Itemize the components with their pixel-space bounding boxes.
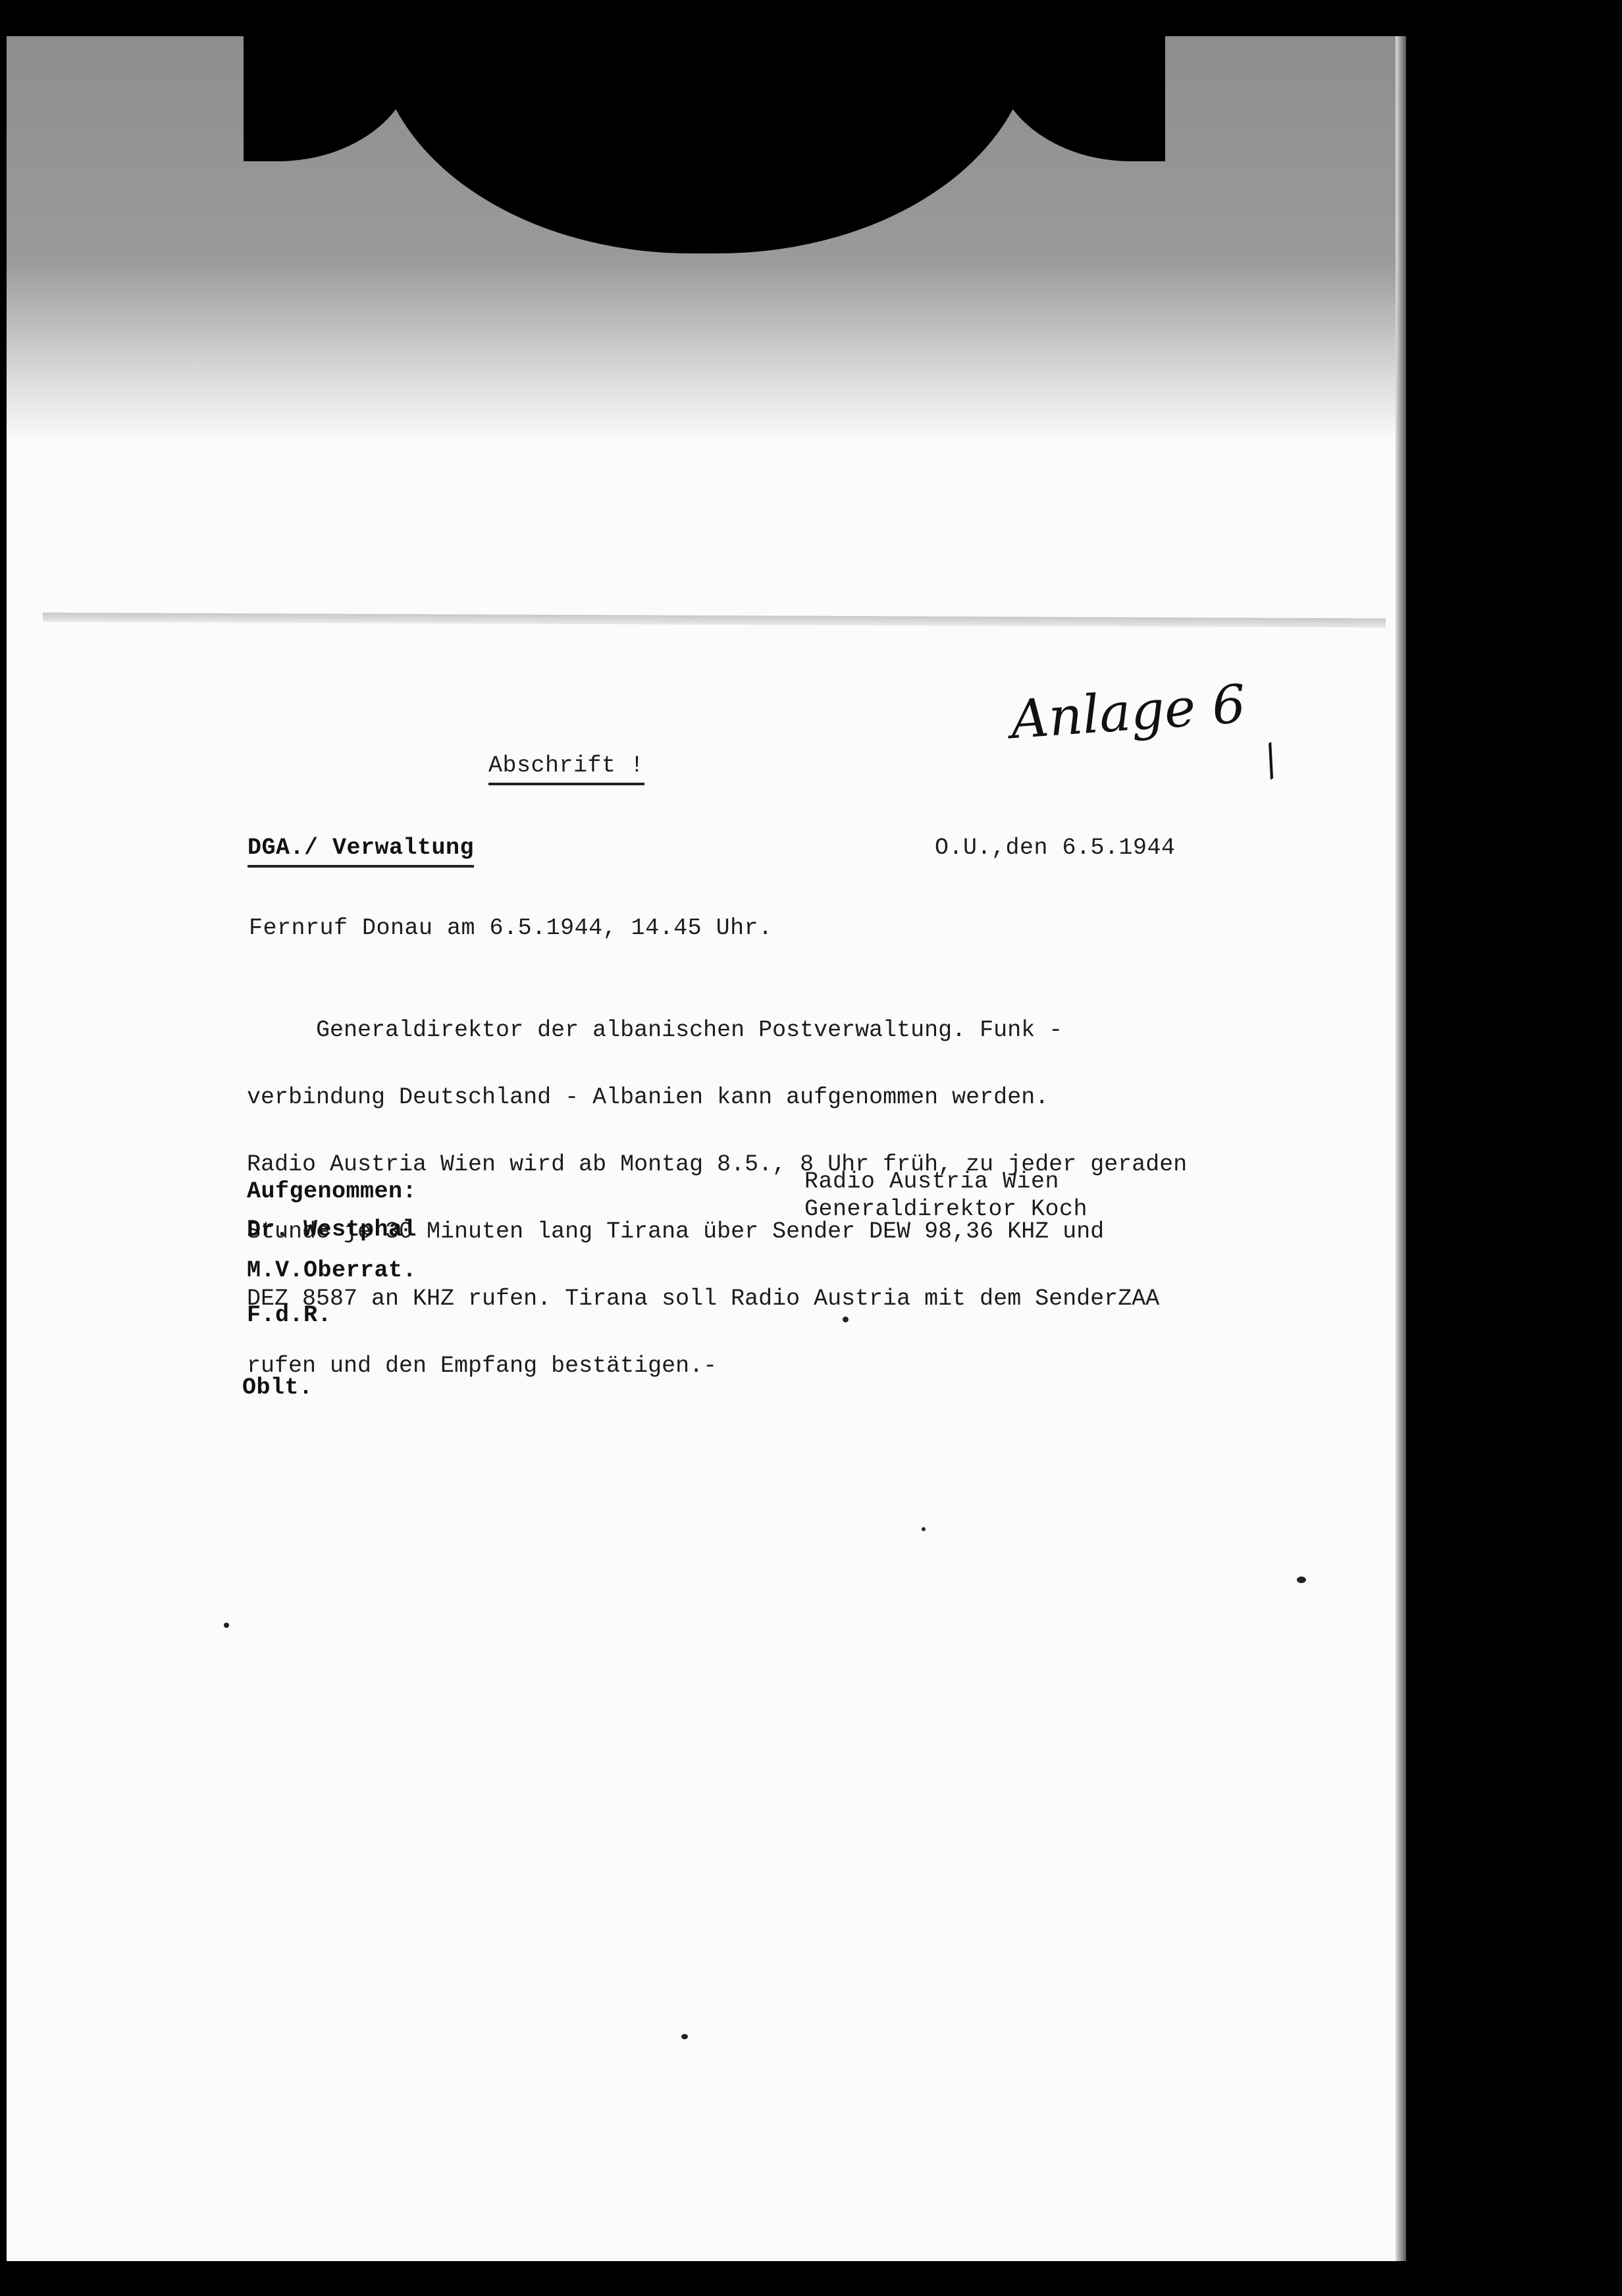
body-line: verbindung Deutschland - Albanien kann a… [247,1086,1187,1109]
place-date: O.U.,den 6.5.1944 [935,835,1176,861]
received-by-name: Dr. Westphal [247,1216,417,1243]
body-line: Generaldirektor der albanischen Postverw… [247,1019,1187,1041]
sender-unit: DGA./ Verwaltung [248,835,474,868]
fdr-label: F.d.R. [247,1302,332,1328]
received-by-title: M.V.Oberrat. [247,1257,417,1284]
scan-speck [1297,1577,1306,1583]
body-line: DEZ 8587 an KHZ rufen. Tirana soll Radio… [247,1288,1187,1310]
signature-org: Radio Austria Wien [804,1168,1059,1195]
received-label: Aufgenommen: [247,1178,417,1205]
rank-label: Oblt. [242,1374,313,1401]
body-line: rufen und den Empfang bestätigen.- [247,1355,1187,1377]
scan-speck [681,2034,688,2039]
paper-edge [1396,36,1406,2261]
signature-name: Generaldirektor Koch [804,1196,1087,1222]
call-line: Fernruf Donau am 6.5.1944, 14.45 Uhr. [249,915,773,941]
paper-fold [43,613,1386,628]
scan-speck [922,1527,926,1531]
scan-speck [843,1317,849,1322]
document-heading: Abschrift ! [488,752,644,785]
scan-speck [224,1623,229,1628]
